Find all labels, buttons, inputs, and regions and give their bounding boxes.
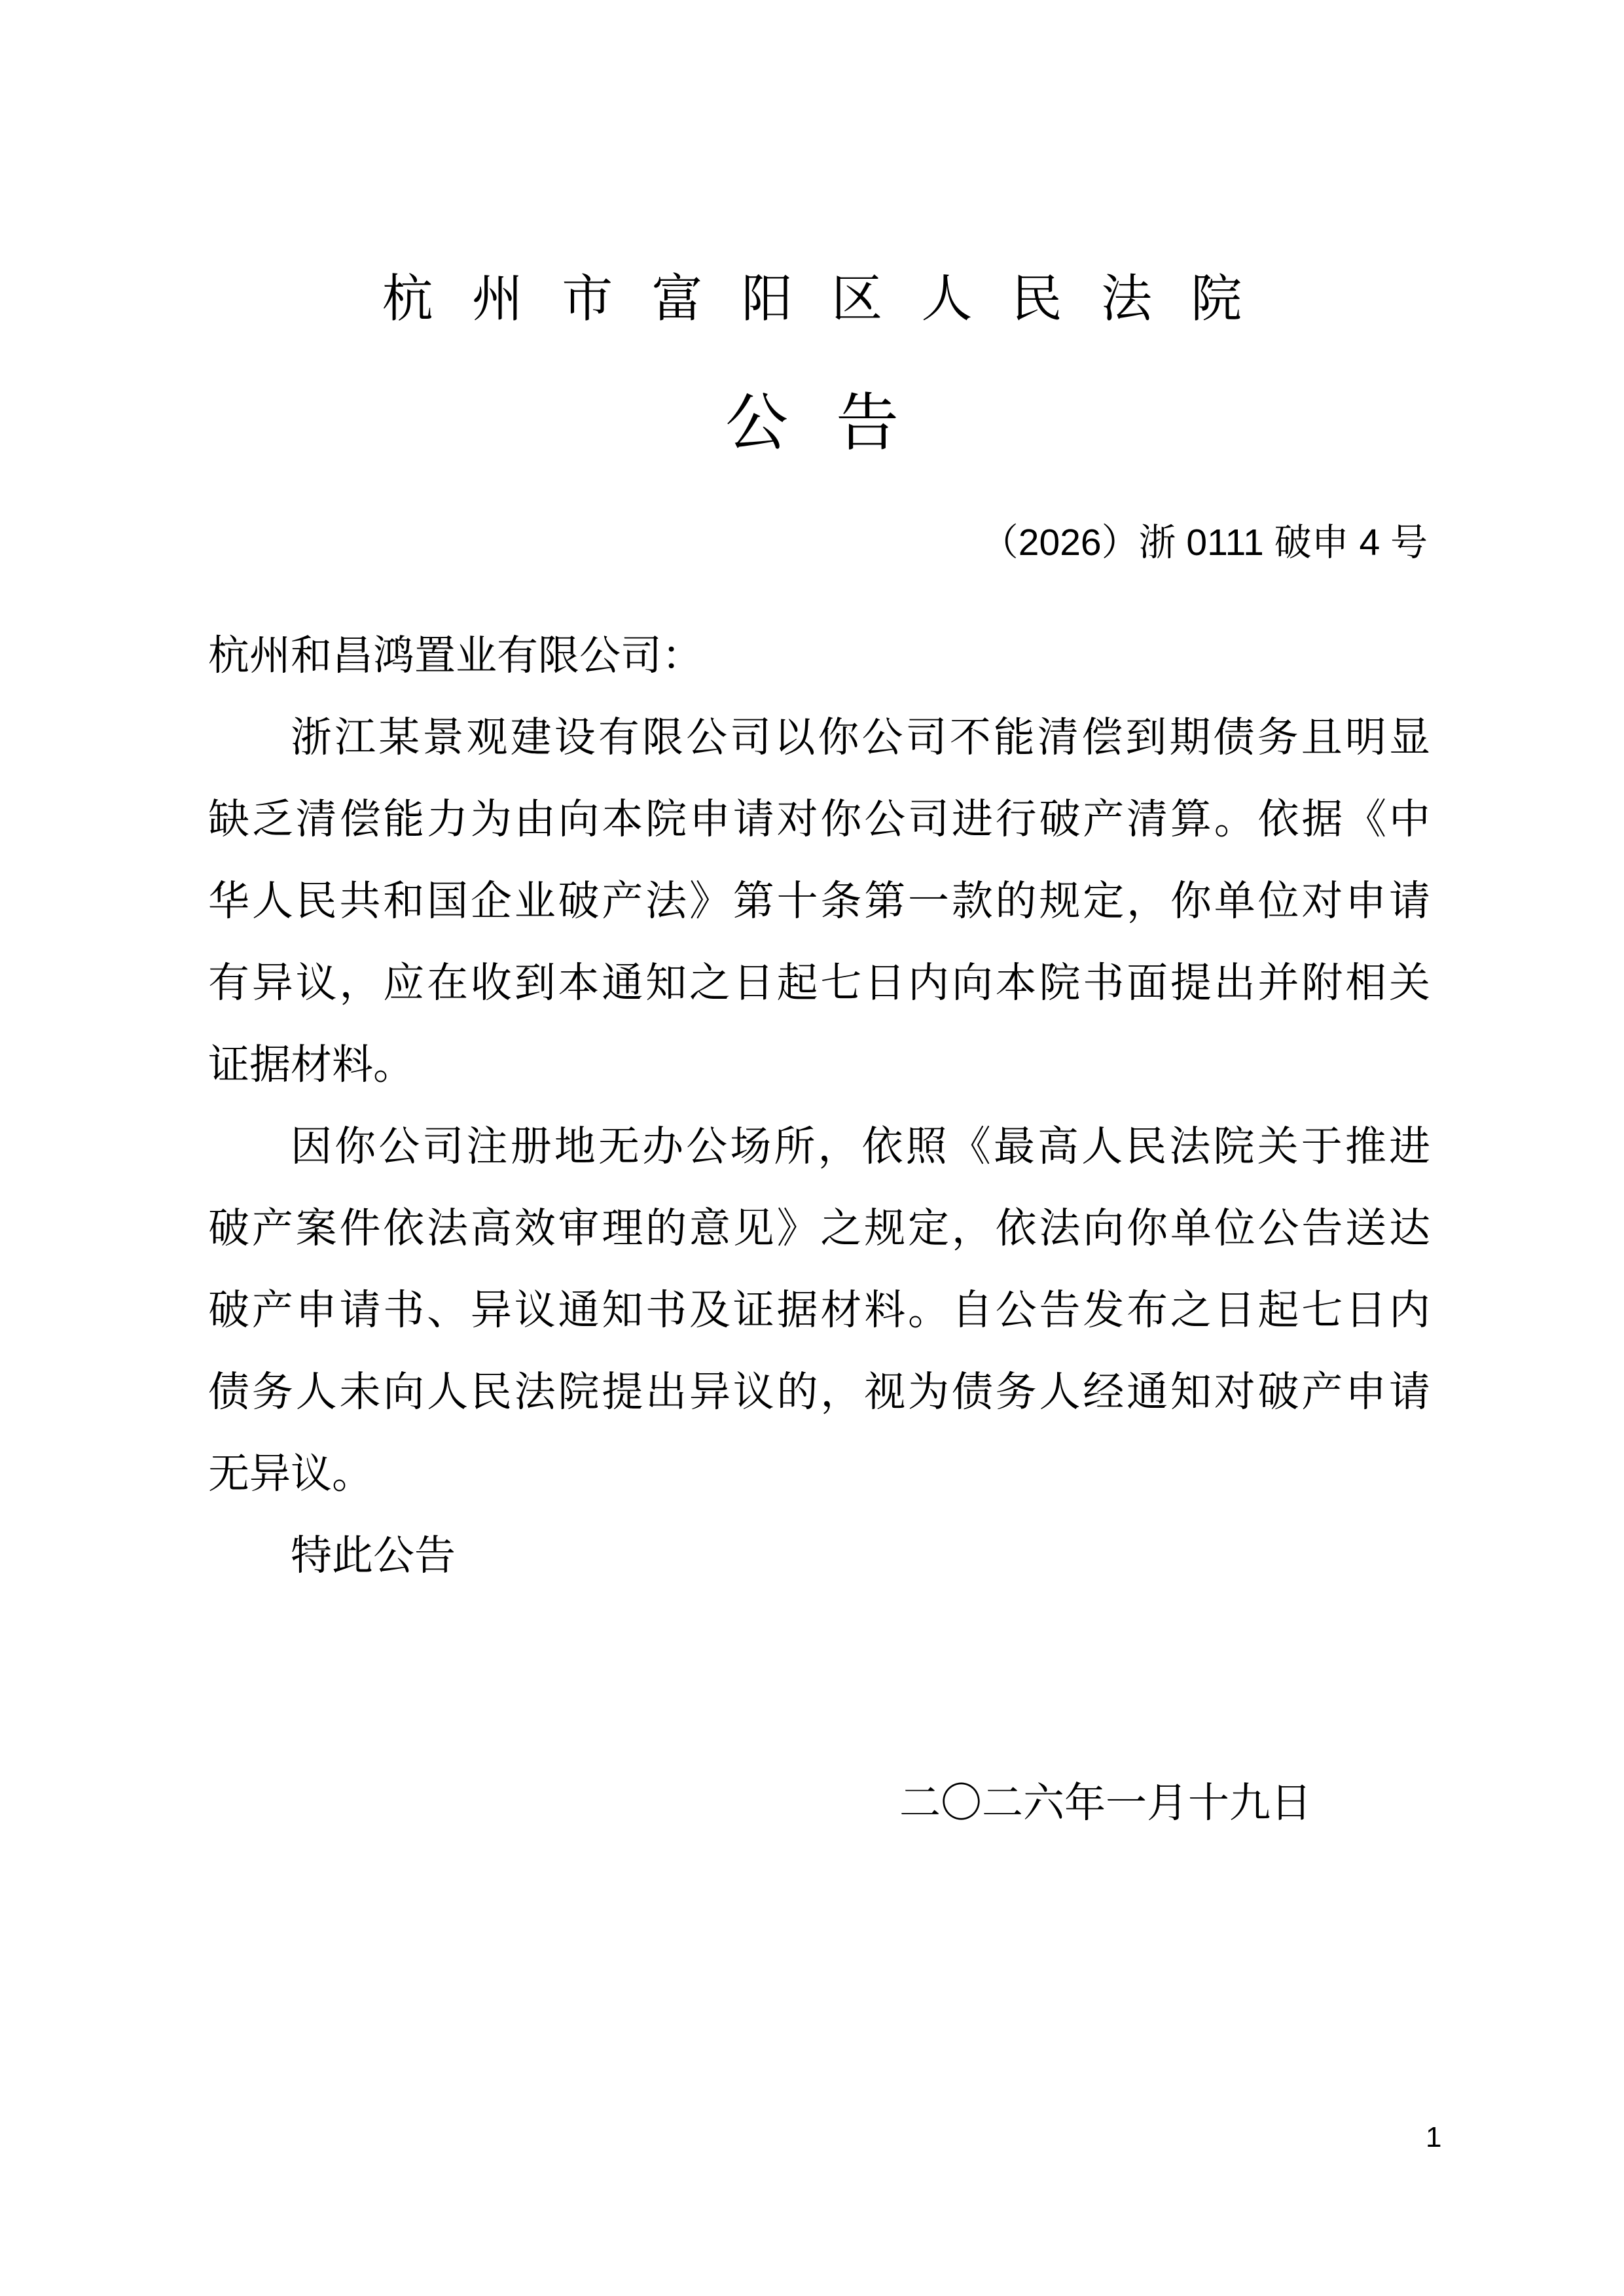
doc-type-title: 公告 — [0, 374, 1624, 473]
closing-line: 特此公告 — [208, 1515, 1430, 1597]
body-line: 因你公司注册地无办公场所，依照《最高人民法院关于推进 — [208, 1106, 1430, 1188]
document-page: 杭州市富阳区人民法院 公告 （2026）浙 0111 破申 4 号 杭州和昌鸿置… — [0, 0, 1624, 2296]
body-line: 有异议，应在收到本通知之日起七日内向本院书面提出并附相关 — [208, 942, 1430, 1024]
body-line: 证据材料。 — [208, 1024, 1430, 1106]
body-line: 缺乏清偿能力为由向本院申请对你公司进行破产清算。依据《中 — [208, 779, 1430, 861]
body-line: 破产申请书、异议通知书及证据材料。自公告发布之日起七日内 — [208, 1270, 1430, 1352]
document-body: 杭州和昌鸿置业有限公司： 浙江某景观建设有限公司以你公司不能清偿到期债务且明显 … — [208, 615, 1430, 1597]
date-line: 二〇二六年一月十九日 — [899, 1763, 1312, 1844]
body-line: 债务人未向人民法院提出异议的，视为债务人经通知对破产申请 — [208, 1352, 1430, 1433]
addressee-line: 杭州和昌鸿置业有限公司： — [208, 615, 1430, 697]
body-line: 破产案件依法高效审理的意见》之规定，依法向你单位公告送达 — [208, 1188, 1430, 1270]
body-line: 无异议。 — [208, 1433, 1430, 1515]
body-line: 华人民共和国企业破产法》第十条第一款的规定，你单位对申请 — [208, 861, 1430, 942]
court-name-title: 杭州市富阳区人民法院 — [0, 263, 1624, 335]
case-number: （2026）浙 0111 破申 4 号 — [981, 514, 1428, 571]
page-number: 1 — [1426, 2119, 1441, 2156]
body-line: 浙江某景观建设有限公司以你公司不能清偿到期债务且明显 — [208, 697, 1430, 779]
